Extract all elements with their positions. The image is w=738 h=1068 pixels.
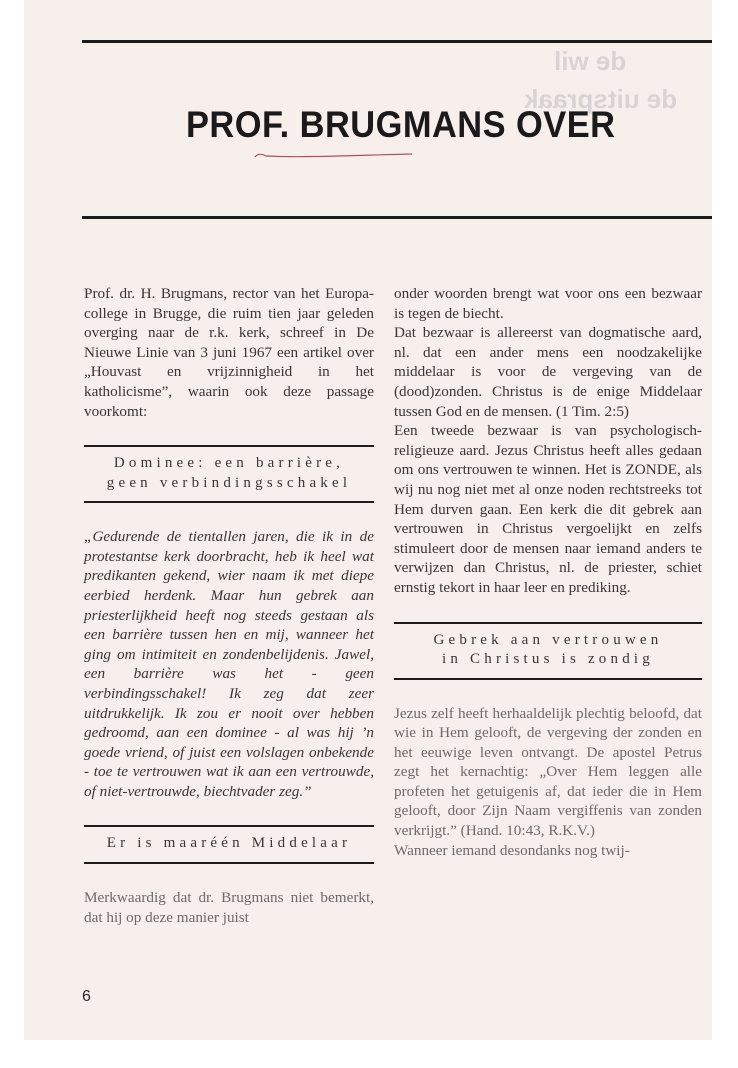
- subheading-vertrouwen: Gebrek aan vertrouwen in Christus is zon…: [394, 622, 702, 680]
- brugmans-quote: „Gedurende de tientallen jaren, die ik i…: [84, 527, 374, 801]
- top-rule: [82, 40, 712, 43]
- subheading-line: Gebrek aan vertrouwen: [394, 631, 702, 651]
- paragraph: Jezus zelf heeft herhaaldelijk plechtig …: [394, 704, 702, 841]
- closing-paragraph: Merkwaardig dat dr. Brugmans niet bemerk…: [84, 888, 374, 927]
- subheading-dominee: Dominee: een barrière, geen verbindingss…: [84, 445, 374, 503]
- paragraph: Een tweede bezwaar is van psychologisch-…: [394, 421, 702, 597]
- page-title: PROF. BRUGMANS OVER: [186, 104, 615, 146]
- right-column: onder woorden brengt wat voor ons een be…: [394, 284, 702, 860]
- bleed-through-text: de wil: [554, 46, 626, 77]
- left-column: Prof. dr. H. Brugmans, rector van het Eu…: [84, 284, 374, 927]
- intro-paragraph: Prof. dr. H. Brugmans, rector van het Eu…: [84, 284, 374, 421]
- page-number: 6: [82, 988, 91, 1006]
- paragraph: onder woorden brengt wat voor ons een be…: [394, 284, 702, 323]
- paragraph: Wanneer iemand desondanks nog twij-: [394, 841, 702, 861]
- pen-underline-mark: [254, 151, 414, 161]
- subheading-line: in Christus is zondig: [394, 650, 702, 670]
- magazine-page: de wil de uitspraak PROF. BRUGMANS OVER …: [24, 0, 712, 1040]
- subheading-line: geen verbindingsschakel: [84, 474, 374, 494]
- subheading-middelaar: Er is maaréén Middelaar: [84, 825, 374, 864]
- paragraph: Dat bezwaar is allereerst van dogmatisch…: [394, 323, 702, 421]
- header-bottom-rule: [82, 216, 712, 219]
- subheading-line: Dominee: een barrière,: [84, 454, 374, 474]
